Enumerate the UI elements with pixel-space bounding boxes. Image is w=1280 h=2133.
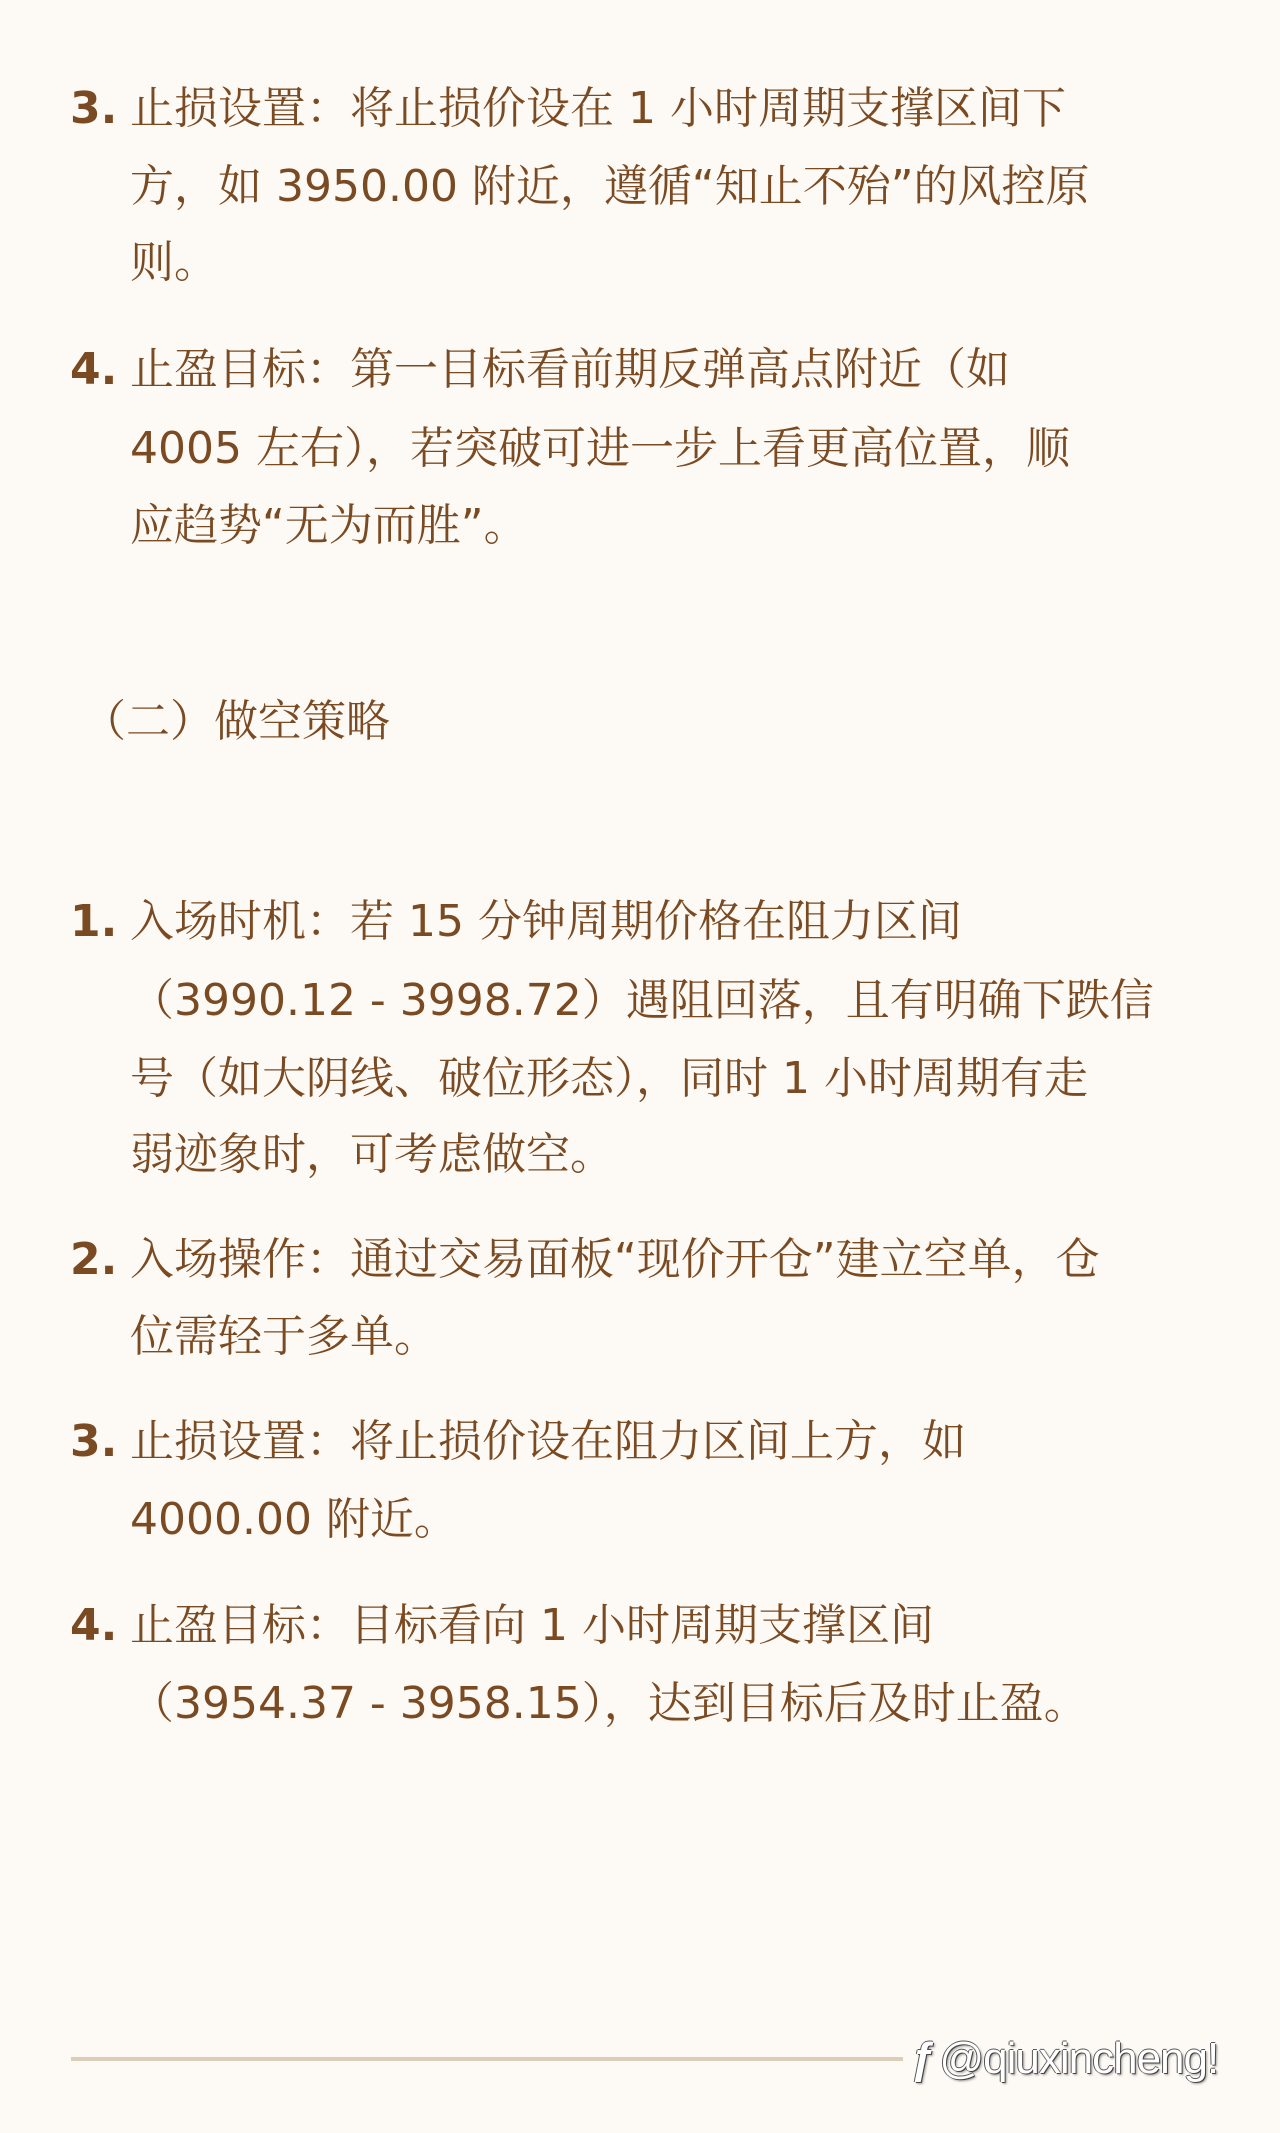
item-line: 止盈目标：目标看向 1 小时周期支撑区间 [130,1598,934,1654]
item-line: 应趋势“无为而胜”。 [130,498,528,554]
item-line: 号（如大阴线、破位形态），同时 1 小时周期有走 [130,1051,1088,1107]
item-line: 入场时机：若 15 分钟周期价格在阻力区间 [130,894,962,950]
item-number: 3. [70,1414,117,1470]
item-number: 1. [70,894,117,950]
item-line: （3990.12 - 3998.72）遇阻回落，且有明确下跌信 [130,973,1154,1029]
weibo-like-logo-icon: ƒ [910,2032,933,2086]
item-number: 4. [70,1598,117,1654]
item-line: 止损设置：将止损价设在 1 小时周期支撑区间下 [130,81,1066,137]
item-number: 3. [70,81,117,137]
item-line: 4000.00 附近。 [130,1492,458,1548]
item-line: 止损设置：将止损价设在阻力区间上方，如 [130,1414,966,1470]
divider [71,2057,903,2061]
section-heading-short-strategy: （二）做空策略 [82,694,390,750]
watermark: ƒ@qiuxincheng! [910,2032,1218,2086]
item-line: 位需轻于多单。 [130,1309,438,1365]
item-line: 4005 左右），若突破可进一步上看更高位置，顺 [130,421,1070,477]
item-line: 入场操作：通过交易面板“现价开仓”建立空单，仓 [130,1232,1100,1288]
item-line: 止盈目标：第一目标看前期反弹高点附近（如 [130,342,1010,398]
item-line: 方，如 3950.00 附近，遵循“知止不殆”的风控原 [130,159,1090,215]
item-line: 则。 [130,235,218,291]
item-number: 4. [70,342,117,398]
item-number: 2. [70,1232,117,1288]
item-line: 弱迹象时，可考虑做空。 [130,1127,614,1183]
item-line: （3954.37 - 3958.15），达到目标后及时止盈。 [130,1676,1088,1732]
watermark-handle: @qiuxincheng! [939,2034,1218,2083]
